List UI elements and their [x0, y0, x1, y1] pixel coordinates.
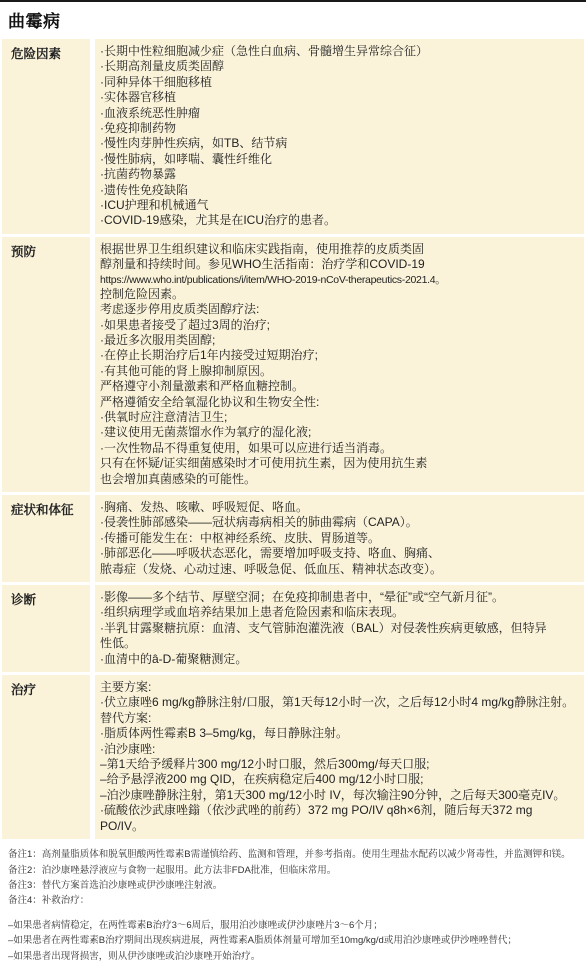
- table-row: 诊断 ·影像——多个结节、厚壁空洞；在免疫抑制患者中，“晕征”或“空气新月征”。…: [2, 585, 584, 672]
- content-line: ·影像——多个结节、厚壁空洞；在免疫抑制患者中，“晕征”或“空气新月征”。: [100, 590, 578, 605]
- content-line: ·血清中的â-D-葡聚糖测定。: [100, 652, 578, 667]
- content-line: ·长期中性粒细胞减少症（急性白血病、骨髓增生异常综合征）: [100, 44, 578, 59]
- content-line: 只有在怀疑/证实细菌感染时才可使用抗生素，因为使用抗生素: [100, 456, 578, 471]
- footnotes: 备注1：高剂量脂质体和脱氧胆酸两性霉素B需谨慎给药、监测和管理，并参考指南。使用…: [0, 839, 586, 968]
- content-line: 也会增加真菌感染的可能性。: [100, 472, 578, 487]
- salvage-line: –如果患者出现肾损害，则从伊沙康唑或泊沙康唑开始治疗。: [8, 949, 578, 964]
- row-content: ·影像——多个结节、厚壁空洞；在免疫抑制患者中，“晕征”或“空气新月征”。·组织…: [95, 585, 584, 672]
- row-content: 主要方案:·伏立康唑6 mg/kg静脉注射/口服，第1天每12小时一次，之后每1…: [95, 675, 584, 839]
- salvage-line: –如果患者在两性霉素B治疗期间出现疾病进展，两性霉素A脂质体剂量可增加至10mg…: [8, 933, 578, 948]
- content-line: 脓毒症（发烧、心动过速、呼吸急促、低血压、精神状态改变）。: [100, 562, 578, 577]
- content-line: 主要方案:: [100, 680, 578, 695]
- row-label: 预防: [2, 237, 90, 492]
- content-line: 严格遵循安全给氧湿化协议和生物安全性:: [100, 395, 578, 410]
- footnote-line: 备注4：补救治疗：: [8, 893, 578, 908]
- row-content: ·胸痛、发热、咳嗽、呼吸短促、咯血。·侵袭性肺部感染——冠状病毒病相关的肺曲霉病…: [95, 495, 584, 582]
- content-line: ·免疫抑制药物: [100, 121, 578, 136]
- content-line: ·一次性物品不得重复使用，如果可以应进行适当消毒。: [100, 441, 578, 456]
- content-line: ·如果患者接受了超过3周的治疗;: [100, 318, 578, 333]
- content-line: ·建议使用无菌蒸馏水作为氧疗的湿化液;: [100, 425, 578, 440]
- row-content: 根据世界卫生组织建议和临床实践指南，使用推荐的皮质类固醇剂量和持续时间。参见WH…: [95, 237, 584, 492]
- content-line: ·血液系统恶性肿瘤: [100, 106, 578, 121]
- content-line: ·慢性肉芽肿性疾病，如TB、结节病: [100, 136, 578, 151]
- content-line: 根据世界卫生组织建议和临床实践指南，使用推荐的皮质类固: [100, 242, 578, 257]
- row-label: 危险因素: [2, 39, 90, 234]
- content-line: 严格遵守小剂量激素和严格血糖控制。: [100, 379, 578, 394]
- content-line: 性低。: [100, 636, 578, 651]
- content-line: ·有其他可能的肾上腺抑制原因。: [100, 364, 578, 379]
- footnote-salvage-block: –如果患者病情稳定，在两性霉素B治疗3～6周后，服用泊沙康唑或伊沙康唑片3～6个…: [8, 918, 578, 964]
- footnote-line: 备注2：泊沙康唑悬浮液应与食物一起服用。此方法非FDA批准，但临床常用。: [8, 863, 578, 878]
- content-line: ·硫酸依沙武康唑鎓（依沙武唑的前药）372 mg PO/IV q8h×6剂，随后…: [100, 803, 578, 834]
- content-line: ·脂质体两性霉素B 3–5mg/kg，每日静脉注射。: [100, 726, 578, 741]
- table-row: 治疗 主要方案:·伏立康唑6 mg/kg静脉注射/口服，第1天每12小时一次，之…: [2, 675, 584, 839]
- salvage-line: –如果患者病情稳定，在两性霉素B治疗3～6周后，服用泊沙康唑或伊沙康唑片3～6个…: [8, 918, 578, 933]
- content-line: 醇剂量和持续时间。参见WHO生活指南：治疗学和COVID-19: [100, 257, 578, 272]
- content-line: ·长期高剂量皮质类固醇: [100, 59, 578, 74]
- content-line: ·COVID-19感染，尤其是在ICU治疗的患者。: [100, 213, 578, 228]
- table-row: 预防 根据世界卫生组织建议和临床实践指南，使用推荐的皮质类固醇剂量和持续时间。参…: [2, 237, 584, 492]
- content-line: –泊沙康唑静脉注射，第1天300 mg/12小时 IV，每次输注90分钟，之后每…: [100, 788, 578, 803]
- content-line: ·在停止长期治疗后1年内接受过短期治疗;: [100, 348, 578, 363]
- row-label: 诊断: [2, 585, 90, 672]
- content-line: ·半乳甘露聚糖抗原：血清、支气管肺泡灌洗液（BAL）对侵袭性疾病更敏感，但特异: [100, 621, 578, 636]
- content-line: 控制危险因素。: [100, 287, 578, 302]
- content-line: ·泊沙康唑:: [100, 742, 578, 757]
- content-line: ·ICU护理和机械通气: [100, 198, 578, 213]
- disease-table: 危险因素 ·长期中性粒细胞减少症（急性白血病、骨髓增生异常综合征）·长期高剂量皮…: [2, 39, 584, 839]
- row-label: 症状和体征: [2, 495, 90, 582]
- table-row: 危险因素 ·长期中性粒细胞减少症（急性白血病、骨髓增生异常综合征）·长期高剂量皮…: [2, 39, 584, 234]
- content-line: ·供氧时应注意清洁卫生;: [100, 410, 578, 425]
- content-line: 替代方案:: [100, 711, 578, 726]
- table-row: 症状和体征 ·胸痛、发热、咳嗽、呼吸短促、咯血。·侵袭性肺部感染——冠状病毒病相…: [2, 495, 584, 582]
- content-line: ·最近多次服用类固醇;: [100, 333, 578, 348]
- footnote-notes: 备注1：高剂量脂质体和脱氧胆酸两性霉素B需谨慎给药、监测和管理，并参考指南。使用…: [8, 847, 578, 909]
- row-label: 治疗: [2, 675, 90, 839]
- page-title: 曲霉病: [0, 2, 586, 39]
- content-line: ·同种异体干细胞移植: [100, 75, 578, 90]
- content-line: ·传播可能发生在：中枢神经系统、皮肤、胃肠道等。: [100, 531, 578, 546]
- document-page: 曲霉病 危险因素 ·长期中性粒细胞减少症（急性白血病、骨髓增生异常综合征）·长期…: [0, 0, 586, 968]
- content-line: ·抗菌药物暴露: [100, 167, 578, 182]
- content-line: ·实体器官移植: [100, 90, 578, 105]
- content-line: ·侵袭性肺部感染——冠状病毒病相关的肺曲霉病（CAPA）。: [100, 515, 578, 530]
- content-line: ·组织病理学或血培养结果加上患者危险因素和临床表现。: [100, 605, 578, 620]
- content-line: https://www.who.int/publications/i/item/…: [100, 273, 578, 287]
- content-line: ·胸痛、发热、咳嗽、呼吸短促、咯血。: [100, 500, 578, 515]
- footnote-line: 备注3：替代方案首选泊沙康唑或伊沙康唑注射液。: [8, 878, 578, 893]
- footnote-line: 备注1：高剂量脂质体和脱氧胆酸两性霉素B需谨慎给药、监测和管理，并参考指南。使用…: [8, 847, 578, 862]
- content-line: –第1天给予缓释片300 mg/12小时口服，然后300mg/每天口服;: [100, 757, 578, 772]
- content-line: –给予悬浮液200 mg QID，在疾病稳定后400 mg/12小时口服;: [100, 772, 578, 787]
- content-line: 考虑逐步停用皮质类固醇疗法:: [100, 302, 578, 317]
- row-content: ·长期中性粒细胞减少症（急性白血病、骨髓增生异常综合征）·长期高剂量皮质类固醇·…: [95, 39, 584, 234]
- content-line: ·肺部恶化——呼吸状态恶化，需要增加呼吸支持、咯血、胸痛、: [100, 546, 578, 561]
- content-line: ·遗传性免疫缺陷: [100, 183, 578, 198]
- content-line: ·慢性肺病，如哮喘、囊性纤维化: [100, 152, 578, 167]
- content-line: ·伏立康唑6 mg/kg静脉注射/口服，第1天每12小时一次，之后每12小时4 …: [100, 695, 578, 710]
